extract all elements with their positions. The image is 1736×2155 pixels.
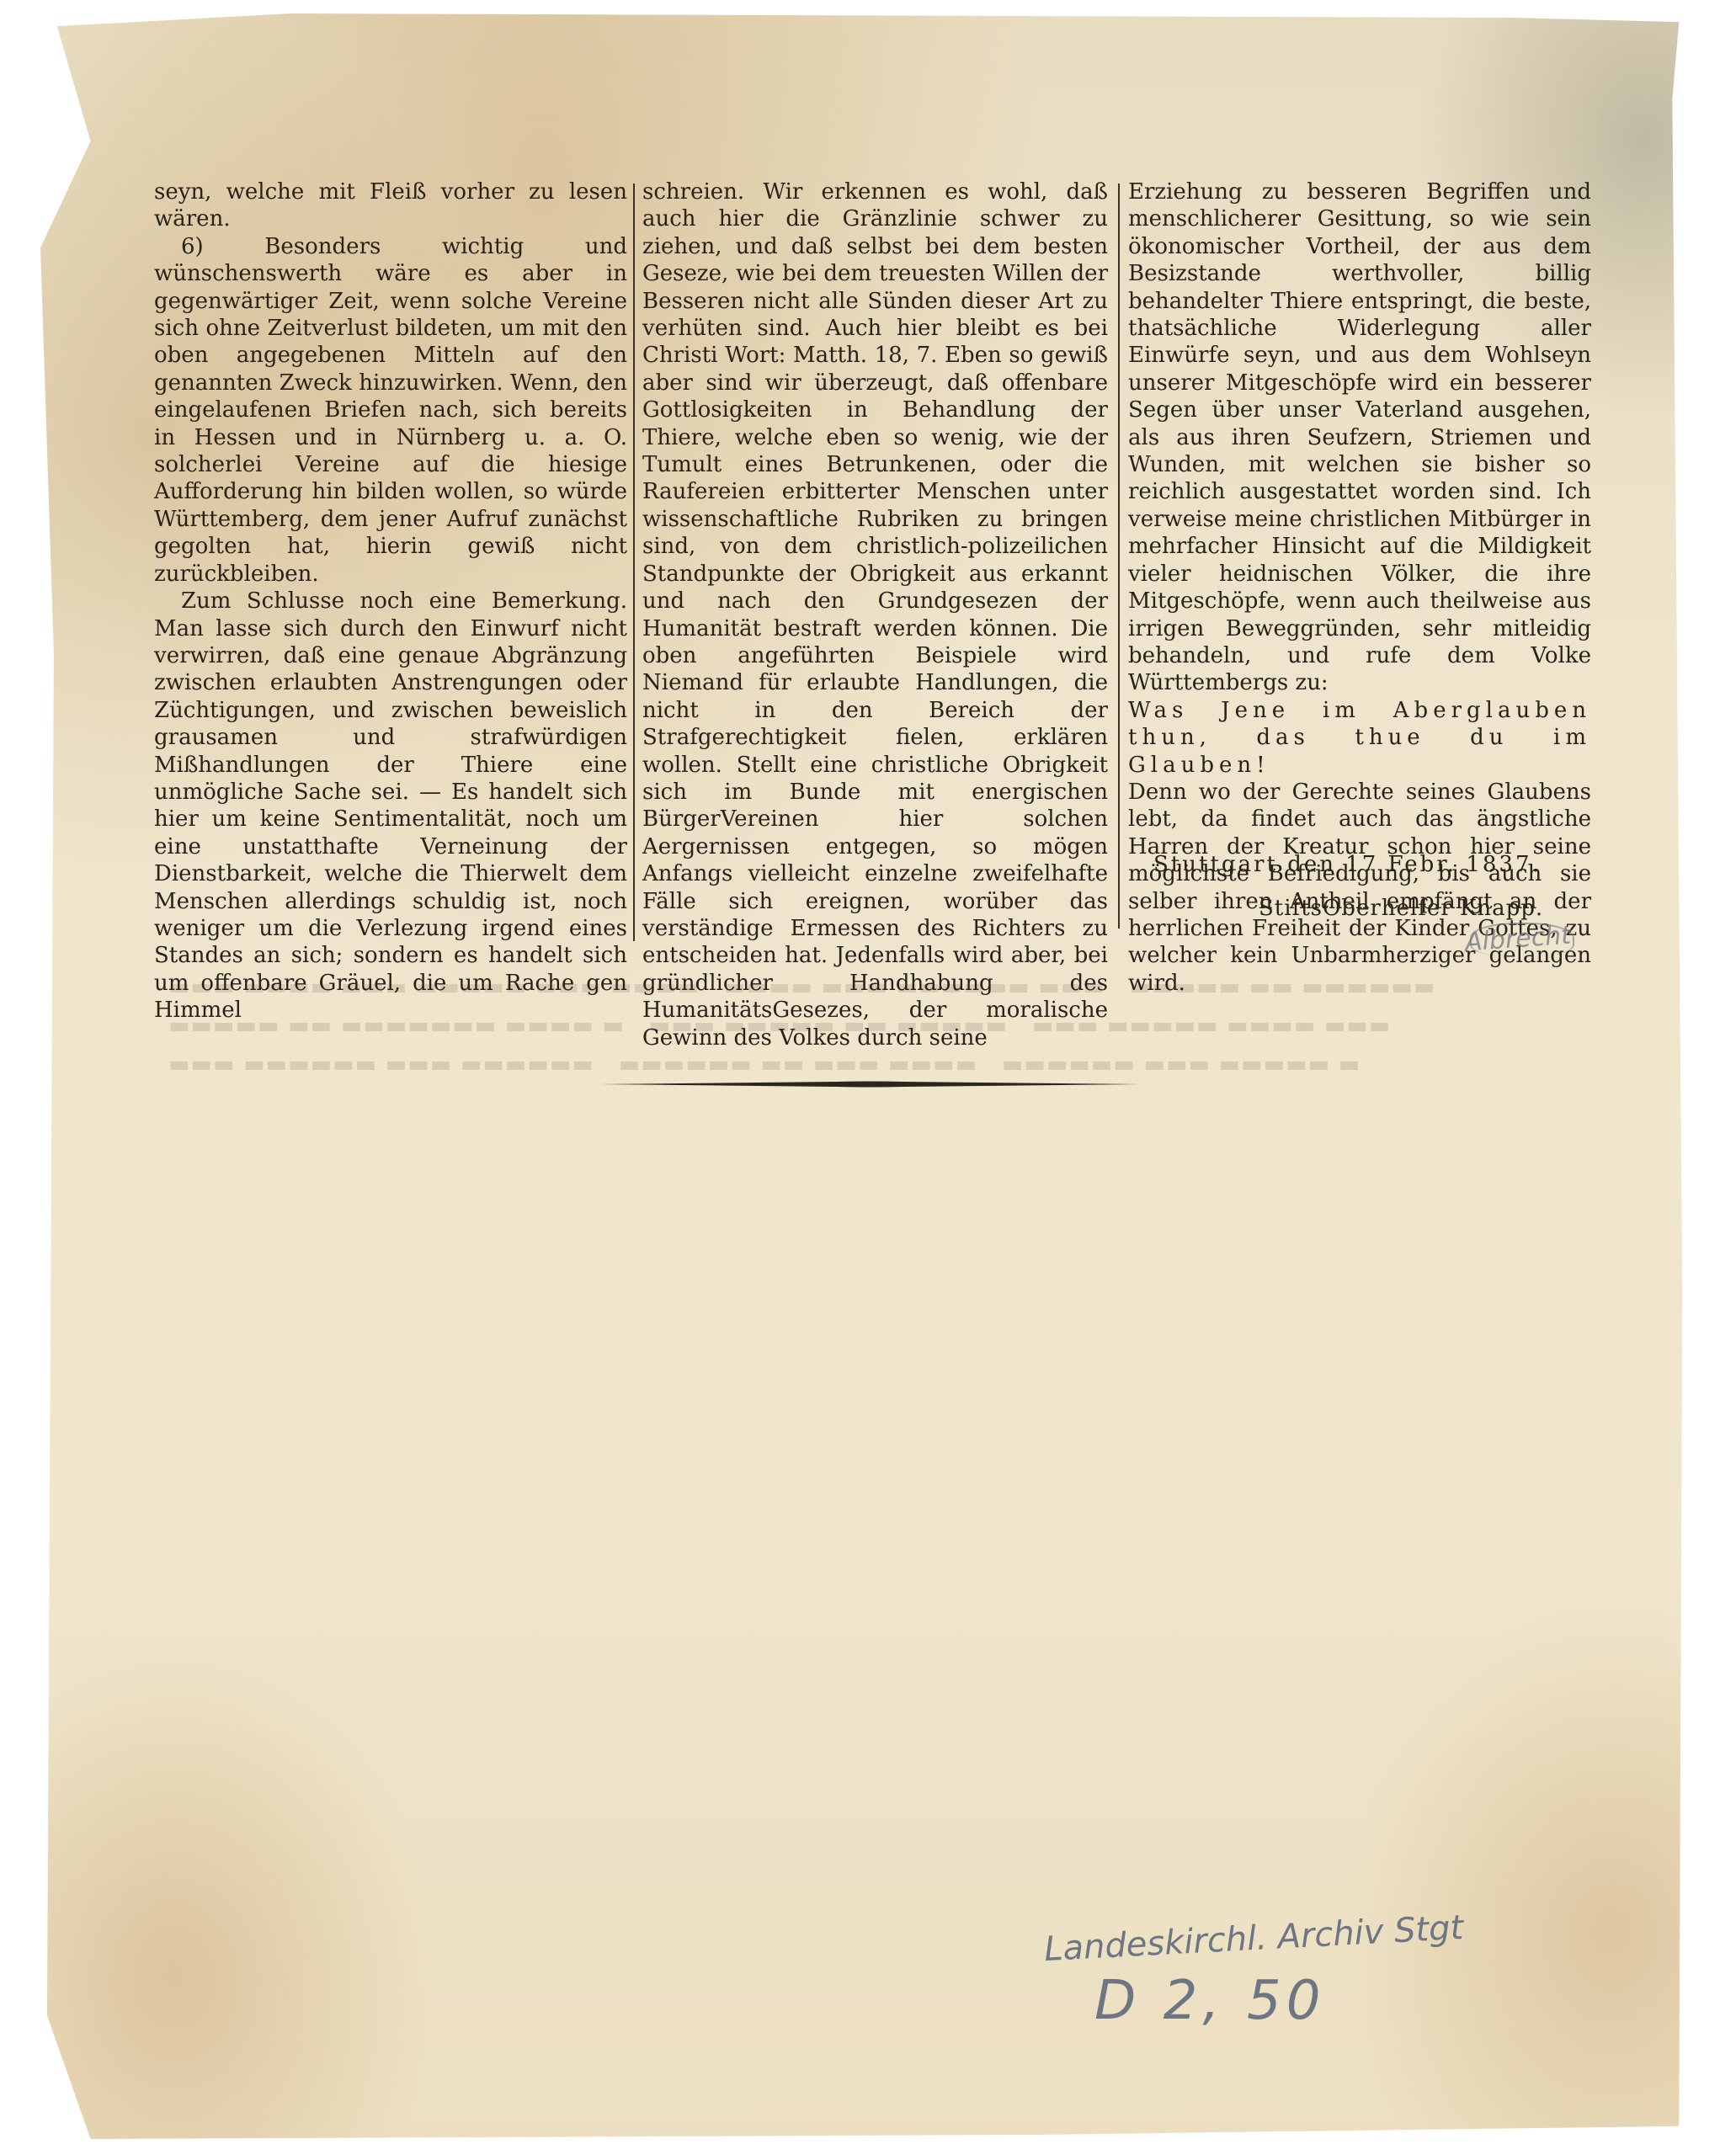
paragraph-closing-remark: Zum Schlusse noch eine Bemerkung. Man la… bbox=[154, 588, 627, 1024]
text-column-2: schreien. Wir erkennen es wohl, daß auch… bbox=[642, 178, 1108, 1051]
paragraph: seyn, welche mit Fleiß vorher zu lesen w… bbox=[154, 178, 627, 233]
paragraph: schreien. Wir erkennen es wohl, daß auch… bbox=[642, 178, 1108, 1051]
text-column-1: seyn, welche mit Fleiß vorher zu lesen w… bbox=[154, 178, 627, 1024]
signature: StiftsOberhelfer Knapp. bbox=[1259, 896, 1543, 921]
column-rule-right bbox=[1118, 184, 1120, 929]
motto-line: Was Jene im Aberglauben thun, das thue d… bbox=[1128, 697, 1591, 779]
paragraph: Erziehung zu besseren Begriffen und mens… bbox=[1128, 178, 1591, 697]
ornamental-separator bbox=[601, 1081, 1140, 1088]
column-rule-left bbox=[633, 184, 635, 941]
paragraph-6: 6) Besonders wichtig und wünschenswerth … bbox=[154, 233, 627, 588]
paragraph: Denn wo der Gerechte seines Glaubens leb… bbox=[1128, 779, 1591, 997]
dateline: Stuttgart den 17 Febr. 1837. bbox=[1153, 852, 1542, 877]
show-through-text: ▬▬▬ ▬▬▬▬ ▬▬▬ ▬▬▬▬▬ ▬▬▬ ▬▬▬▬ ▬▬▬▬ ▬▬▬ ▬▬▬… bbox=[168, 968, 1600, 1936]
shelfmark-annotation: D 2, 50 bbox=[1094, 1970, 1325, 2032]
